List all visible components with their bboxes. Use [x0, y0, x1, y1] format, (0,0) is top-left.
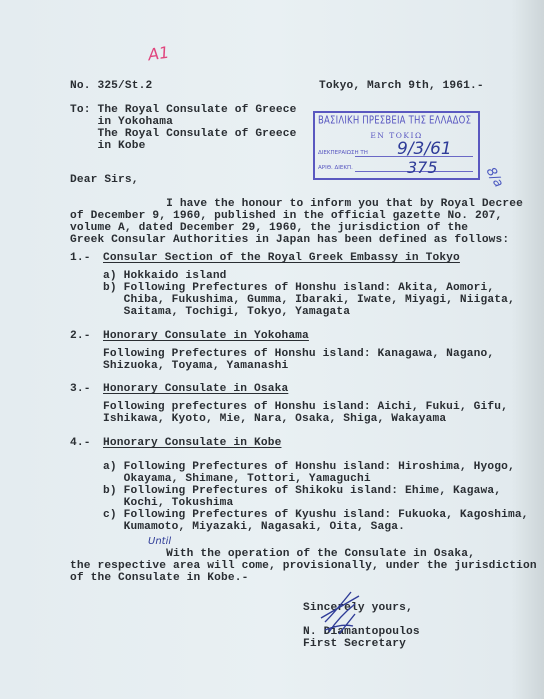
intro-line: I have the honour to inform you that by … — [70, 198, 523, 210]
section-line: Kochi, Tokushima — [103, 497, 233, 509]
intro-line: of December 9, 1960, published in the of… — [70, 210, 502, 222]
section-heading: Honorary Consulate in Kobe — [103, 437, 281, 449]
section-number: 1.- — [70, 252, 91, 264]
salutation: Dear Sirs, — [70, 174, 139, 186]
addressee-line: in Yokohama — [70, 116, 173, 128]
handwritten-a1-mark: A1 — [147, 43, 171, 65]
section-heading: Honorary Consulate in Yokohama — [103, 330, 309, 342]
stamp-title: ΒΑΣΙΛΙΚΗ ΠΡΕΣΒΕΙΑ ΤΗΣ ΕΛΛΑΔΟΣ — [318, 115, 471, 127]
section-line: b) Following Prefectures of Honshu islan… — [103, 282, 494, 294]
place-and-date: Tokyo, March 9th, 1961.- — [319, 80, 484, 92]
handwritten-margin-mark: 8/a — [483, 165, 506, 190]
section-number: 2.- — [70, 330, 91, 342]
addressee-line: To: The Royal Consulate of Greece — [70, 104, 297, 116]
closing-line: of the Consulate in Kobe.- — [70, 572, 248, 584]
intro-line: volume A, dated December 29, 1960, the j… — [70, 222, 468, 234]
handwritten-signature — [315, 590, 375, 640]
addressee-line: in Kobe — [70, 140, 146, 152]
reference-number: No. 325/St.2 — [70, 80, 152, 92]
stamp-number-value: 375 — [407, 158, 438, 177]
section-line: Kumamoto, Miyazaki, Nagasaki, Oita, Saga… — [103, 521, 405, 533]
section-heading: Honorary Consulate in Osaka — [103, 383, 288, 395]
section-line: a) Hokkaido island — [103, 270, 227, 282]
stamp-number-label: ΑΡΙΘ. ΔΙΕΚΠ. — [318, 165, 353, 171]
addressee-line: The Royal Consulate of Greece — [70, 128, 297, 140]
section-line: c) Following Prefectures of Kyushu islan… — [103, 509, 529, 521]
section-number: 3.- — [70, 383, 91, 395]
intro-line: Greek Consular Authorities in Japan has … — [70, 234, 509, 246]
embassy-receipt-stamp: ΒΑΣΙΛΙΚΗ ΠΡΕΣΒΕΙΑ ΤΗΣ ΕΛΛΑΔΟΣ ΕΝ ΤΟΚΙΩ Δ… — [313, 111, 480, 180]
section-heading: Consular Section of the Royal Greek Emba… — [103, 252, 460, 264]
section-line: b) Following Prefectures of Shikoku isla… — [103, 485, 501, 497]
section-line: Okayama, Shimane, Tottori, Yamaguchi — [103, 473, 371, 485]
handwritten-correction: Until — [148, 536, 171, 547]
section-line: Saitama, Tochigi, Tokyo, Yamagata — [103, 306, 350, 318]
section-line: Ishikawa, Kyoto, Mie, Nara, Osaka, Shiga… — [103, 413, 446, 425]
closing-line: the respective area will come, provision… — [70, 560, 537, 572]
section-line: Chiba, Fukushima, Gumma, Ibaraki, Iwate,… — [103, 294, 515, 306]
section-line: Following prefectures of Honshu island: … — [103, 401, 508, 413]
section-line: Following Prefectures of Honshu island: … — [103, 348, 494, 360]
section-number: 4.- — [70, 437, 91, 449]
stamp-date-value: 9/3/61 — [397, 139, 452, 159]
letter-page: A1 No. 325/St.2 Tokyo, March 9th, 1961.-… — [0, 0, 544, 699]
section-line: a) Following Prefectures of Honshu islan… — [103, 461, 515, 473]
closing-line: With the operation of the Consulate in O… — [70, 548, 475, 560]
section-line: Shizuoka, Toyama, Yamanashi — [103, 360, 288, 372]
